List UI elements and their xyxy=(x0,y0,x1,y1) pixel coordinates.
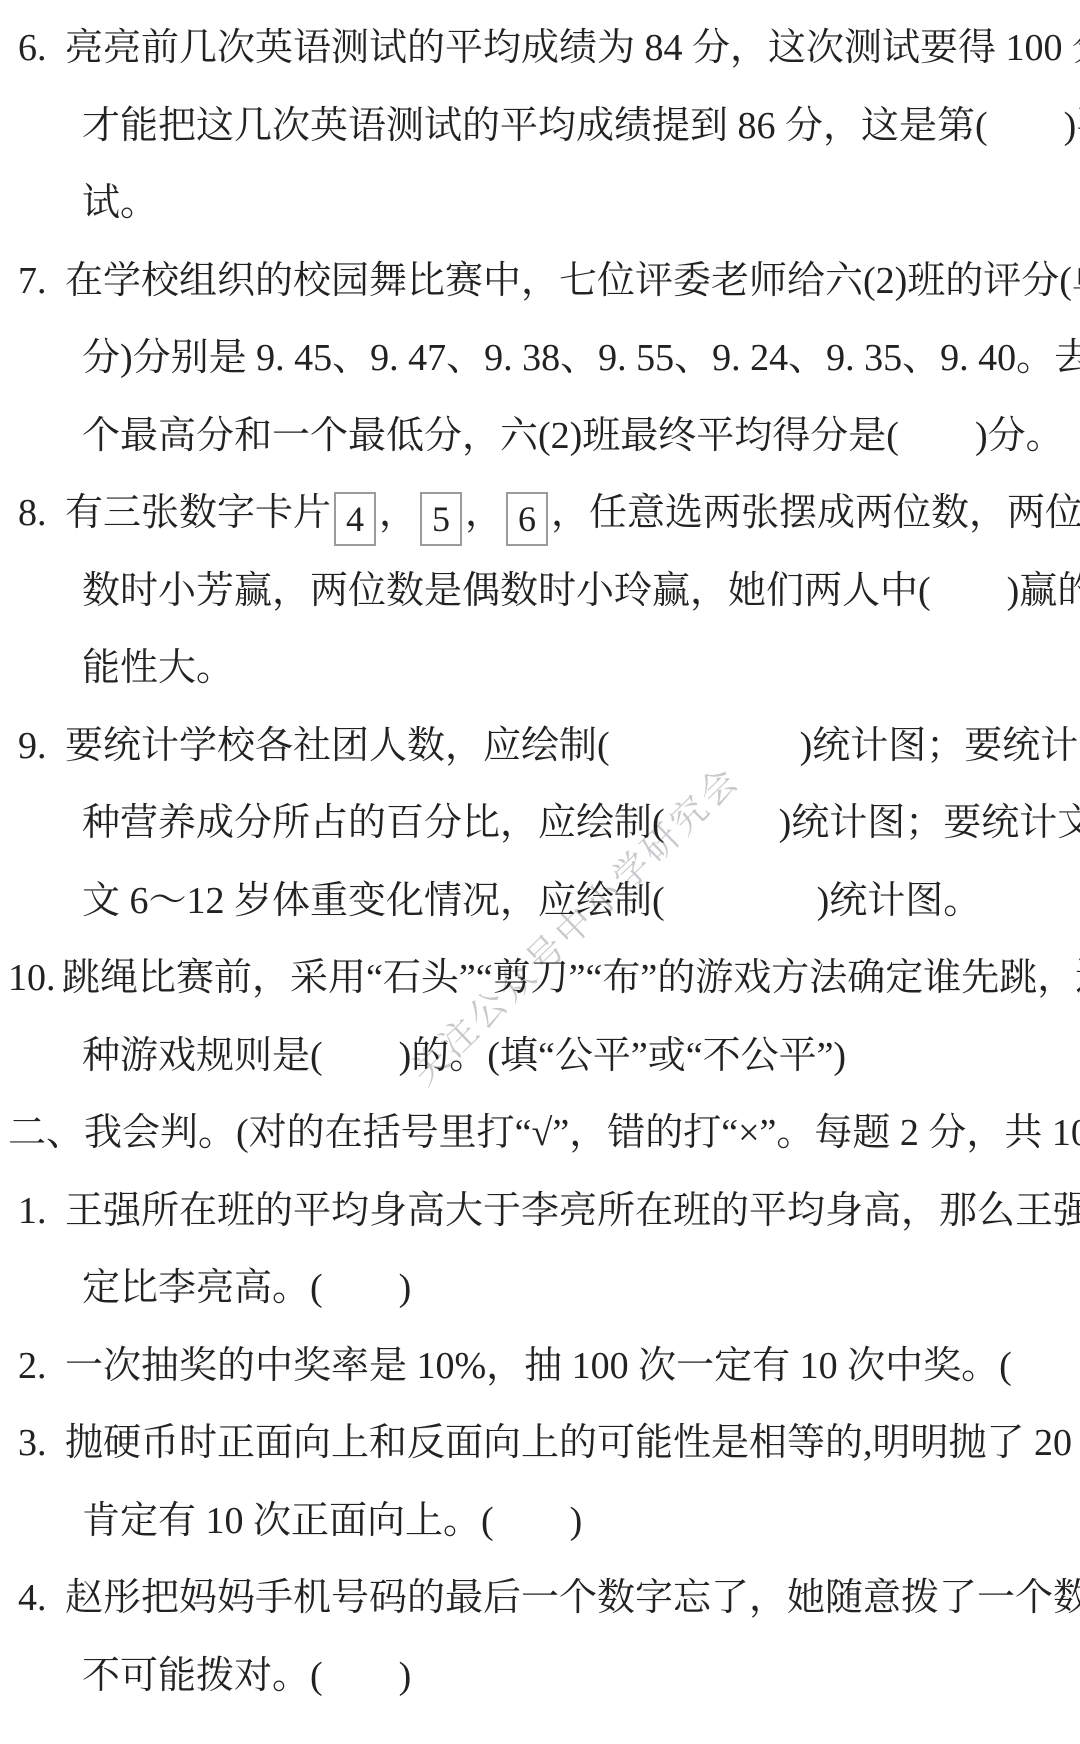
q7-line3-text: 个最高分和一个最低分，六(2)班最终平均得分是( )分。 xyxy=(82,415,1064,457)
q6-line2-text: 才能把这几次英语测试的平均成绩提到 86 分，这是第( )次测 xyxy=(82,105,1080,147)
judge1-line1-text: 王强所在班的平均身高大于李亮所在班的平均身高，那么王强一 xyxy=(65,1190,1080,1232)
q8-line3-text: 能性大。 xyxy=(82,647,234,689)
judge2-number: 2. xyxy=(18,1328,65,1406)
judge4-line2: 不可能拨对。( ) xyxy=(0,1638,1080,1716)
judge4-line1: 4.赵彤把妈妈手机号码的最后一个数字忘了，她随意拨了一个数字， xyxy=(0,1560,1080,1638)
q8-line1: 8.有三张数字卡片4，5，6，任意选两张摆成两位数，两位数是奇 xyxy=(0,475,1080,553)
section2-header-text: 二、我会判。(对的在括号里打“√”，错的打“×”。每题 2 分，共 10 分) xyxy=(8,1112,1080,1154)
q7-line1-text: 在学校组织的校园舞比赛中，七位评委老师给六(2)班的评分(单位： xyxy=(65,260,1080,302)
q10-number: 10. xyxy=(8,940,62,1018)
q9-line3: 文 6～12 岁体重变化情况，应绘制( )统计图。 xyxy=(0,863,1080,941)
q10-line2: 种游戏规则是( )的。(填“公平”或“不公平”) xyxy=(0,1018,1080,1096)
q9-line3-text: 文 6～12 岁体重变化情况，应绘制( )统计图。 xyxy=(82,880,981,922)
q9-line1: 9.要统计学校各社团人数，应绘制( )统计图；要统计午餐各 xyxy=(0,708,1080,786)
q7-line3: 个最高分和一个最低分，六(2)班最终平均得分是( )分。 xyxy=(0,398,1080,476)
q9-line2: 种营养成分所占的百分比，应绘制( )统计图；要统计文 xyxy=(0,785,1080,863)
q9-line2-text: 种营养成分所占的百分比，应绘制( )统计图；要统计文 xyxy=(82,802,1080,844)
q6-line1-text: 亮亮前几次英语测试的平均成绩为 84 分，这次测试要得 100 分， xyxy=(65,27,1080,69)
q6-line3-text: 试。 xyxy=(82,182,158,224)
q7-line2: 分)分别是 9. 45、9. 47、9. 38、9. 55、9. 24、9. 3… xyxy=(0,320,1080,398)
q10-line1-text: 跳绳比赛前，采用“石头”“剪刀”“布”的游戏方法确定谁先跳，这 xyxy=(62,957,1080,999)
number-card-6: 6 xyxy=(506,492,548,546)
worksheet-page: 6.亮亮前几次英语测试的平均成绩为 84 分，这次测试要得 100 分， 才能把… xyxy=(0,10,1080,1715)
q7-number: 7. xyxy=(18,243,65,321)
number-card-5: 5 xyxy=(420,492,462,546)
judge4-line1-text: 赵彤把妈妈手机号码的最后一个数字忘了，她随意拨了一个数字， xyxy=(65,1577,1080,1619)
judge3-line2-text: 肯定有 10 次正面向上。( ) xyxy=(82,1500,582,1542)
q8-number: 8. xyxy=(18,475,65,553)
q6-line1: 6.亮亮前几次英语测试的平均成绩为 84 分，这次测试要得 100 分， xyxy=(0,10,1080,88)
q7-line2-text: 分)分别是 9. 45、9. 47、9. 38、9. 55、9. 24、9. 3… xyxy=(82,337,1080,379)
number-card-4: 4 xyxy=(334,492,376,546)
judge3-line1-text: 抛硬币时正面向上和反面向上的可能性是相等的,明明抛了 20 次， xyxy=(65,1422,1080,1464)
q8-line2: 数时小芳赢，两位数是偶数时小玲赢，她们两人中( )赢的可 xyxy=(0,553,1080,631)
q9-line1-text: 要统计学校各社团人数，应绘制( )统计图；要统计午餐各 xyxy=(65,725,1080,767)
card-separator: ， xyxy=(465,492,503,534)
judge1-line1: 1.王强所在班的平均身高大于李亮所在班的平均身高，那么王强一 xyxy=(0,1173,1080,1251)
q6-line3: 试。 xyxy=(0,165,1080,243)
judge2-line1: 2.一次抽奖的中奖率是 10%，抽 100 次一定有 10 次中奖。( ) xyxy=(0,1328,1080,1406)
judge3-line1: 3.抛硬币时正面向上和反面向上的可能性是相等的,明明抛了 20 次， xyxy=(0,1405,1080,1483)
judge4-line2-text: 不可能拨对。( ) xyxy=(82,1655,411,1697)
q8-line1-prefix: 有三张数字卡片 xyxy=(65,492,331,534)
q10-line2-text: 种游戏规则是( )的。(填“公平”或“不公平”) xyxy=(82,1035,846,1077)
judge4-number: 4. xyxy=(18,1560,65,1638)
q8-line3: 能性大。 xyxy=(0,630,1080,708)
q9-number: 9. xyxy=(18,708,65,786)
q6-line2: 才能把这几次英语测试的平均成绩提到 86 分，这是第( )次测 xyxy=(0,88,1080,166)
q7-line1: 7.在学校组织的校园舞比赛中，七位评委老师给六(2)班的评分(单位： xyxy=(0,243,1080,321)
judge1-line2-text: 定比李亮高。( ) xyxy=(82,1267,411,1309)
q6-number: 6. xyxy=(18,10,65,88)
section2-header: 二、我会判。(对的在括号里打“√”，错的打“×”。每题 2 分，共 10 分) xyxy=(0,1095,1080,1173)
q8-line2-text: 数时小芳赢，两位数是偶数时小玲赢，她们两人中( )赢的可 xyxy=(82,570,1080,612)
q10-line1: 10.跳绳比赛前，采用“石头”“剪刀”“布”的游戏方法确定谁先跳，这 xyxy=(0,940,1080,1018)
judge1-number: 1. xyxy=(18,1173,65,1251)
judge2-line1-text: 一次抽奖的中奖率是 10%，抽 100 次一定有 10 次中奖。( ) xyxy=(65,1345,1080,1387)
judge3-line2: 肯定有 10 次正面向上。( ) xyxy=(0,1483,1080,1561)
q8-line1-suffix: ，任意选两张摆成两位数，两位数是奇 xyxy=(551,492,1080,534)
judge1-line2: 定比李亮高。( ) xyxy=(0,1250,1080,1328)
card-separator: ， xyxy=(379,492,417,534)
judge3-number: 3. xyxy=(18,1405,65,1483)
